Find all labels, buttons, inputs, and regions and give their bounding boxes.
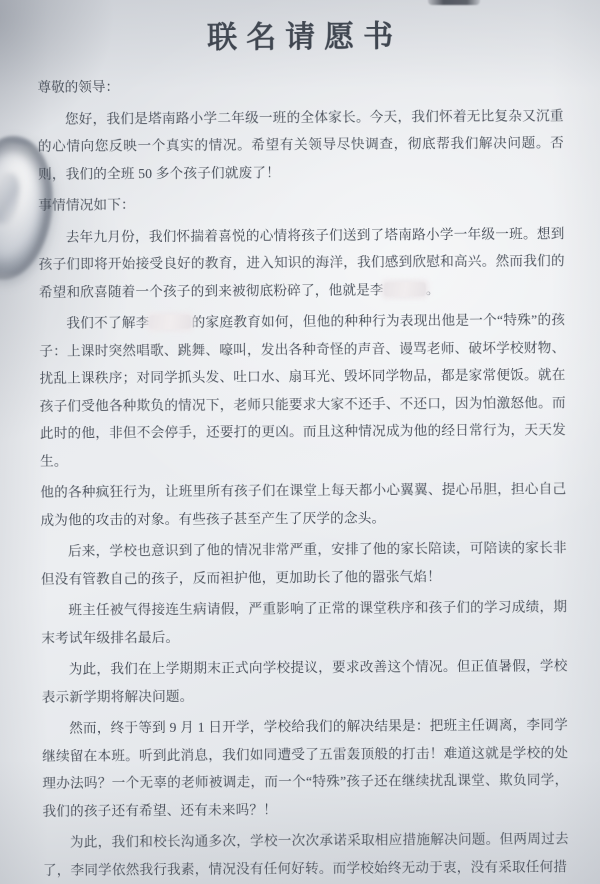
salutation-line: 尊敬的领导： (37, 70, 563, 101)
paragraph: 您好，我们是塔南路小学二年级一班的全体家长。今天，我们怀着无比复杂又沉重的心情向… (38, 102, 565, 188)
redacted-name-patch (384, 282, 426, 296)
glass-reflection (0, 171, 22, 226)
document-title: 联名请愿书 (37, 10, 563, 58)
petition-document: 联名请愿书 尊敬的领导： 您好，我们是塔南路小学二年级一班的全体家长。今天，我们… (37, 8, 569, 884)
paragraph: 后来，学校也意识到了他的情况非常严重，安排了他的家长陪读，可陪读的家长非但没有管… (41, 534, 567, 593)
redacted-name-patch (150, 315, 192, 329)
document-body: 您好，我们是塔南路小学二年级一班的全体家长。今天，我们怀着无比复杂又沉重的心情向… (38, 102, 569, 884)
photo-of-document: 联名请愿书 尊敬的领导： 您好，我们是塔南路小学二年级一班的全体家长。今天，我们… (0, 0, 600, 884)
dark-mark-top-edge (428, 0, 480, 5)
paragraph: 为此，我们在上学期期末正式向学校提议，要求改善这个情况。但正值暑假，学校表示新学… (41, 652, 567, 711)
paragraph: 班主任被气得接连生病请假，严重影响了正常的课堂秩序和孩子们的学习成绩，期末考试年… (41, 593, 567, 652)
paragraph: 为此，我们和校长沟通多次，学校一次次承诺采取相应措施解决问题。但两周过去了，李同… (43, 825, 569, 884)
paragraph: 事情情况如下： (38, 188, 564, 219)
paragraph: 然而，终于等到 9 月 1 日开学，学校给我们的解决结果是：把班主任调离，李同学… (42, 711, 569, 825)
paragraph: 我们不了解李的家庭教育如何，但他的种种行为表现出他是一个“特殊”的孩子：上课时突… (39, 306, 566, 475)
paragraph: 他的各种疯狂行为，让班里所有孩子们在课堂上每天都小心翼翼、提心吊胆，担心自己成为… (40, 475, 566, 534)
paragraph: 去年九月份，我们怀揣着喜悦的心情将孩子们送到了塔南路小学一年级一班。想到孩子们即… (38, 220, 565, 306)
